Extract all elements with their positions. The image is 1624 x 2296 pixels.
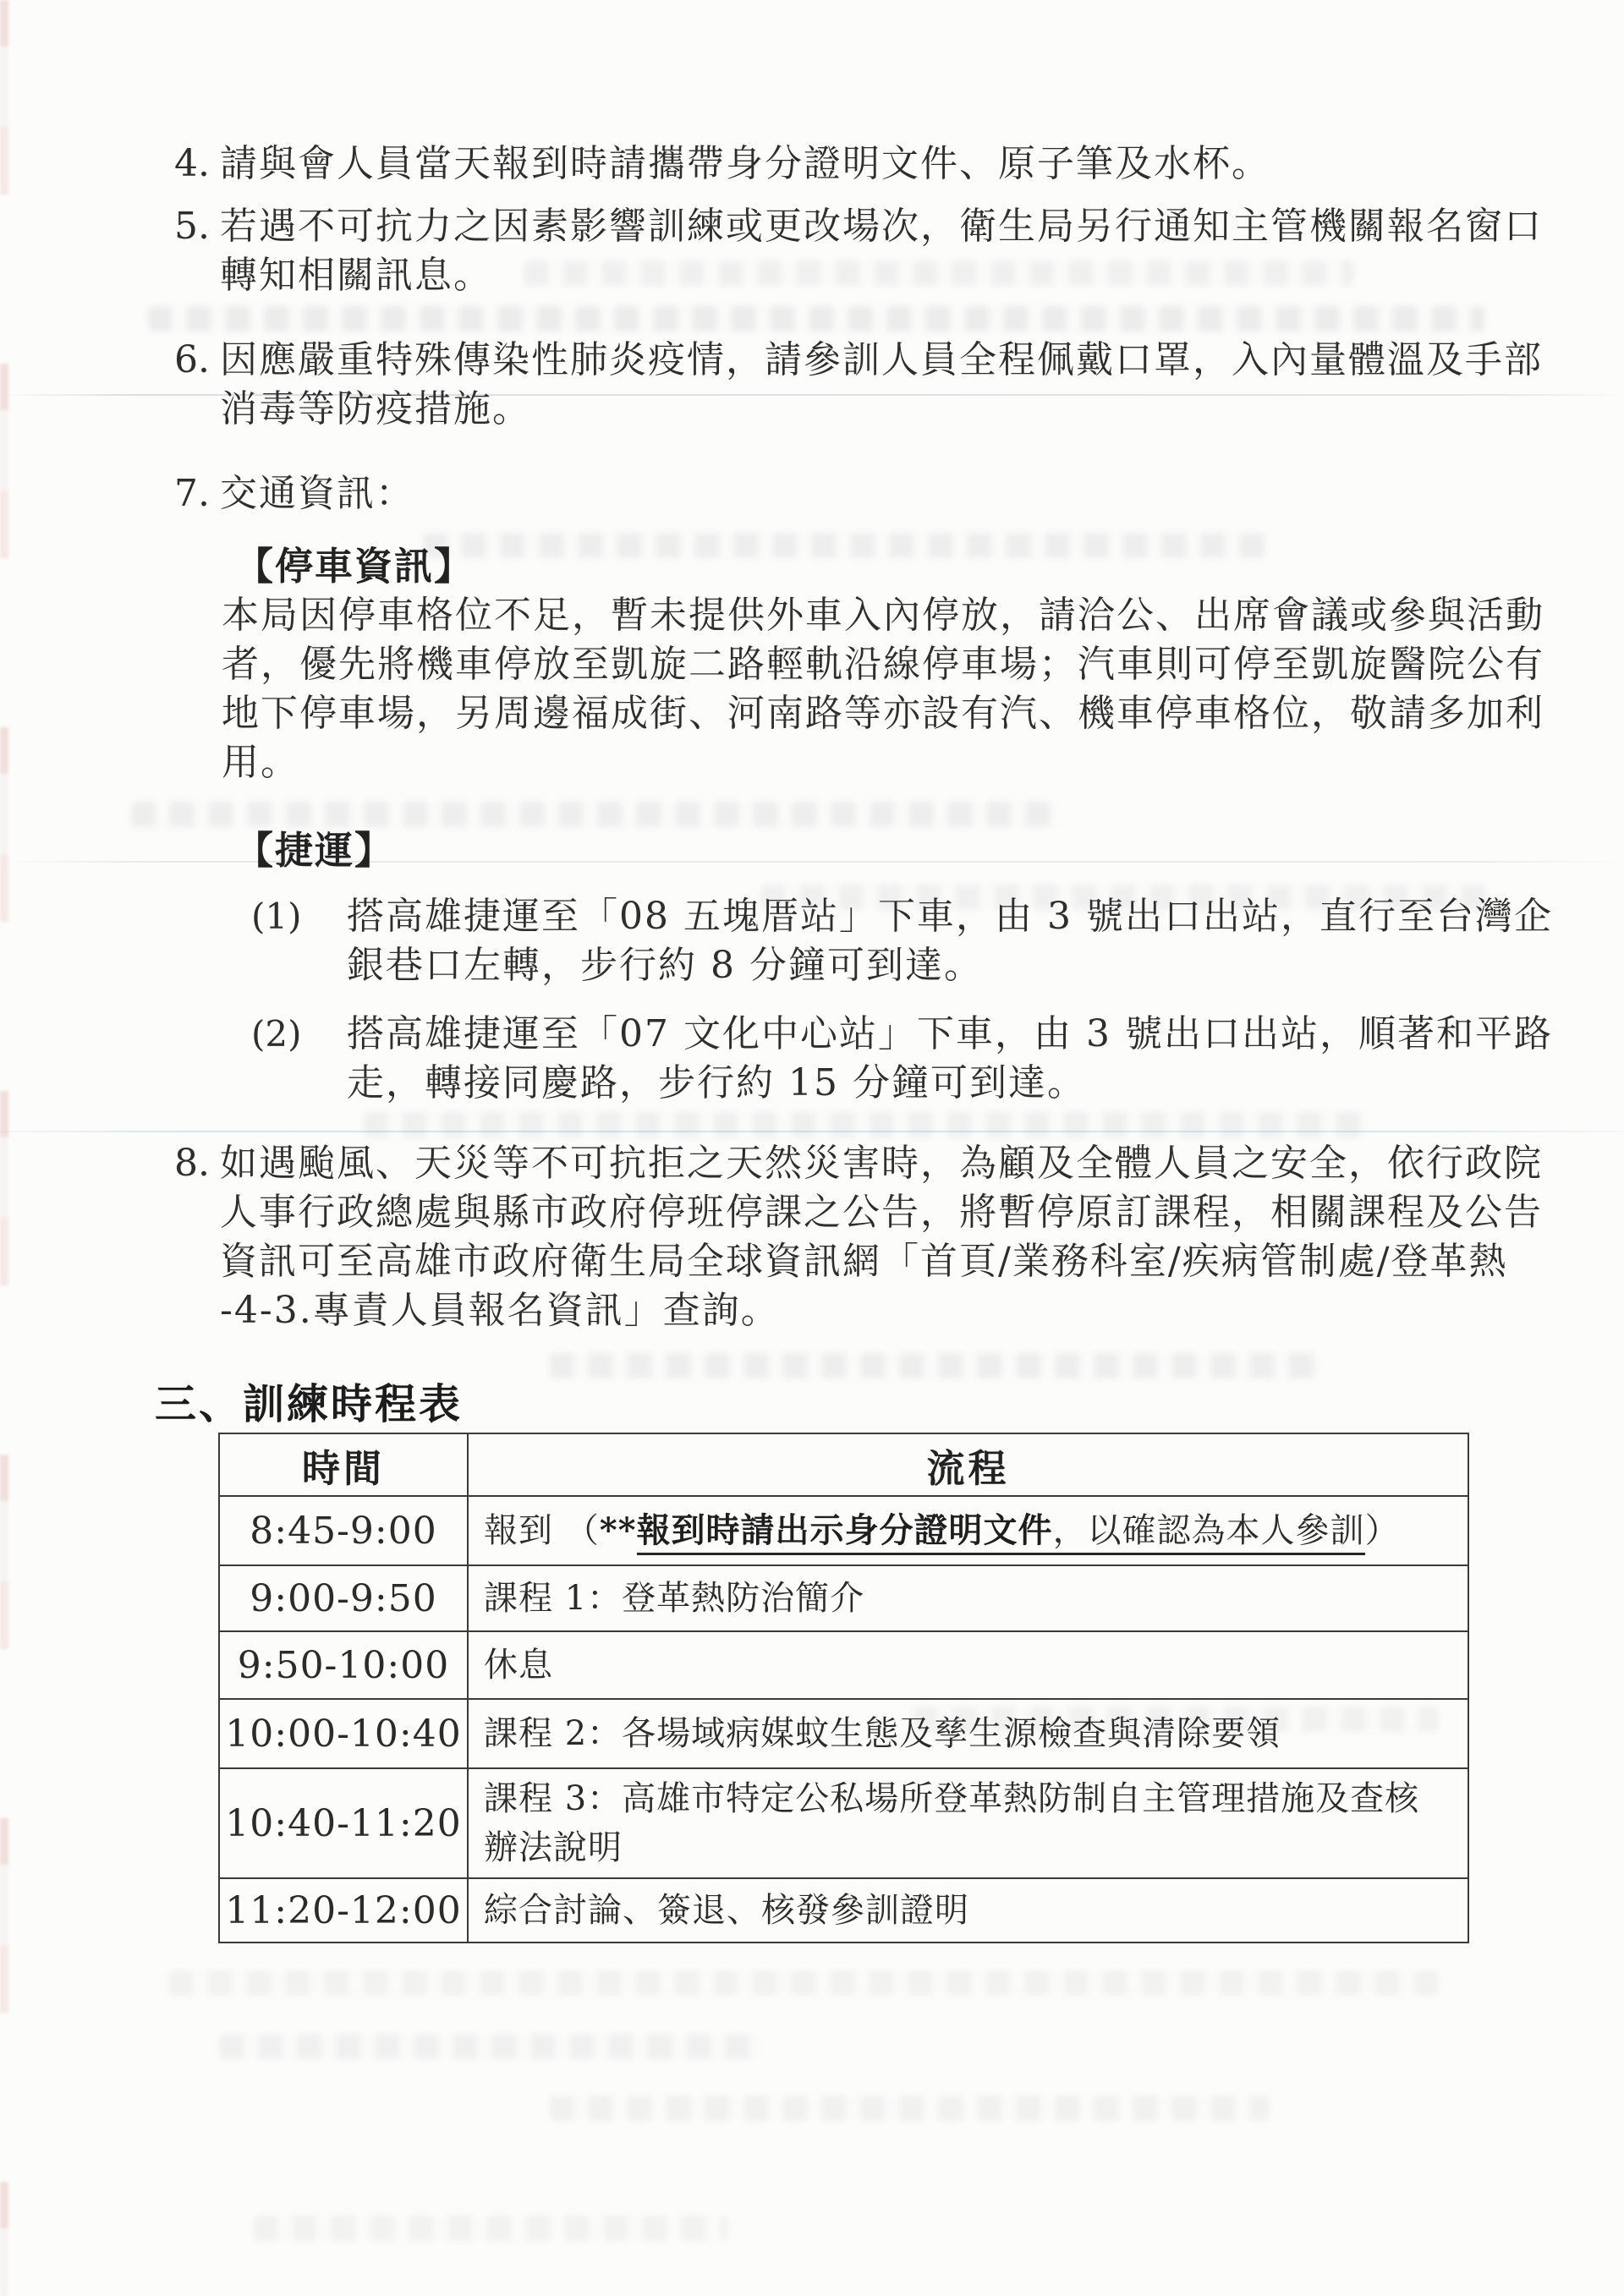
time-cell: 9:50-10:00 (219, 1631, 468, 1699)
text-line: 轉知相關訊息。 (220, 251, 1522, 300)
table-row: 10:40-11:20 課程 3：高雄市特定公私場所登革熱防制自主管理措施及查核… (219, 1768, 1468, 1878)
flow-text-bold: 報到時請出示身分證明文件 (637, 1510, 1053, 1550)
text-line: 資訊可至高雄市政府衛生局全球資訊網「首頁/業務科室/疾病管制處/登革熱 (220, 1237, 1522, 1286)
text-line: 消毒等防疫措施。 (220, 385, 1522, 434)
text-line: 因應嚴重特殊傳染性肺炎疫情，請參訓人員全程佩戴口罩，入內量體溫及手部 (220, 336, 1522, 385)
table-row: 9:50-10:00 休息 (219, 1631, 1468, 1699)
document-content: 4. 請與會人員當天報到時請攜帶身分證明文件、原子筆及水杯。 5. 若遇不可抗力… (0, 0, 1624, 2296)
time-cell: 10:40-11:20 (219, 1768, 468, 1878)
flow-text: 報到 （ (484, 1511, 600, 1550)
text-line: 銀巷口左轉，步行約 8 分鐘可到達。 (347, 941, 1553, 990)
text-line: 走，轉接同慶路，步行約 15 分鐘可到達。 (347, 1059, 1553, 1108)
list-item-4: 4. 請與會人員當天報到時請攜帶身分證明文件、原子筆及水杯。 (144, 140, 1522, 189)
table-header-row: 時間 流程 (219, 1433, 1468, 1496)
time-cell: 11:20-12:00 (219, 1878, 468, 1943)
text-line: 如遇颱風、天災等不可抗拒之天然災害時，為顧及全體人員之安全，依行政院 (220, 1139, 1522, 1188)
document-page: 4. 請與會人員當天報到時請攜帶身分證明文件、原子筆及水杯。 5. 若遇不可抗力… (0, 0, 1624, 2296)
text-line: 本局因停車格位不足，暫未提供外車入內停放，請洽公、出席會議或參與活動 (222, 591, 1522, 640)
flow-text-bold: ** (600, 1510, 637, 1550)
text-line: 交通資訊： (220, 469, 1522, 518)
parking-info-heading: 【停車資訊】 (235, 542, 1522, 591)
route-number: (2) (251, 1010, 347, 1059)
item-number: 8. (174, 1139, 220, 1188)
text-line: 用。 (222, 738, 1522, 787)
flow-cell: 報到 （**報到時請出示身分證明文件，以確認為本人參訓） (468, 1496, 1468, 1565)
text-line: 若遇不可抗力之因素影響訓練或更改場次，衛生局另行通知主管機關報名窗口 (220, 202, 1522, 251)
item-number: 7. (174, 469, 220, 518)
item-number: 6. (174, 336, 220, 385)
list-item-5: 5. 若遇不可抗力之因素影響訓練或更改場次，衛生局另行通知主管機關報名窗口 轉知… (144, 202, 1522, 300)
flow-cell: 綜合討論、簽退、核發參訓證明 (468, 1878, 1468, 1943)
mrt-route-2: (2) 搭高雄捷運至「07 文化中心站」下車，由 3 號出口出站，順著和平路 走… (144, 1010, 1522, 1108)
text-line: 人事行政總處與縣市政府停班停課之公告，將暫停原訂課程，相關課程及公告 (220, 1188, 1522, 1237)
time-cell: 10:00-10:40 (219, 1699, 468, 1768)
table-row: 8:45-9:00 報到 （**報到時請出示身分證明文件，以確認為本人參訓） (219, 1496, 1468, 1565)
flow-cell: 課程 2：各場域病媒蚊生態及孳生源檢查與清除要領 (468, 1699, 1468, 1768)
text-line: 搭高雄捷運至「07 文化中心站」下車，由 3 號出口出站，順著和平路 (347, 1010, 1553, 1059)
time-cell: 8:45-9:00 (219, 1496, 468, 1565)
flow-text: ，以確認為本人參訓 (1053, 1511, 1365, 1550)
item-number: 4. (174, 140, 220, 189)
mrt-heading: 【捷運】 (235, 826, 1522, 875)
parking-info-paragraph: 本局因停車格位不足，暫未提供外車入內停放，請洽公、出席會議或參與活動 者，優先將… (222, 591, 1522, 787)
flow-cell: 課程 1：登革熱防治簡介 (468, 1565, 1468, 1631)
text-line: -4-3.專責人員報名資訊」查詢。 (220, 1286, 1522, 1335)
list-item-8: 8. 如遇颱風、天災等不可抗拒之天然災害時，為顧及全體人員之安全，依行政院 人事… (144, 1139, 1522, 1335)
text-line: 請與會人員當天報到時請攜帶身分證明文件、原子筆及水杯。 (220, 140, 1522, 189)
training-schedule-table: 時間 流程 8:45-9:00 報到 （**報到時請出示身分證明文件，以確認為本… (218, 1433, 1469, 1943)
column-header-time: 時間 (219, 1433, 468, 1496)
mrt-route-1: (1) 搭高雄捷運至「08 五塊厝站」下車，由 3 號出口出站，直行至台灣企 銀… (144, 892, 1522, 990)
flow-cell: 課程 3：高雄市特定公私場所登革熱防制自主管理措施及查核辦法說明 (468, 1768, 1468, 1878)
column-header-flow: 流程 (468, 1433, 1468, 1496)
text-line: 地下停車場，另周邊福成街、河南路等亦設有汽、機車停車格位，敬請多加利 (222, 689, 1522, 738)
item-number: 5. (174, 202, 220, 251)
table-row: 10:00-10:40 課程 2：各場域病媒蚊生態及孳生源檢查與清除要領 (219, 1699, 1468, 1768)
flow-cell: 休息 (468, 1631, 1468, 1699)
list-item-7: 7. 交通資訊： (144, 469, 1522, 518)
table-row: 11:20-12:00 綜合討論、簽退、核發參訓證明 (219, 1878, 1468, 1943)
text-line: 搭高雄捷運至「08 五塊厝站」下車，由 3 號出口出站，直行至台灣企 (347, 892, 1553, 941)
table-row: 9:00-9:50 課程 1：登革熱防治簡介 (219, 1565, 1468, 1631)
route-number: (1) (251, 892, 347, 941)
text-line: 者，優先將機車停放至凱旋二路輕軌沿線停車場；汽車則可停至凱旋醫院公有 (222, 640, 1522, 689)
list-item-6: 6. 因應嚴重特殊傳染性肺炎疫情，請參訓人員全程佩戴口罩，入內量體溫及手部 消毒… (144, 336, 1522, 434)
flow-text-underlined: 報到時請出示身分證明文件，以確認為本人參訓 (637, 1511, 1365, 1555)
flow-text: ） (1365, 1511, 1400, 1550)
time-cell: 9:00-9:50 (219, 1565, 468, 1631)
section-title: 三、訓練時程表 (155, 1378, 1522, 1430)
